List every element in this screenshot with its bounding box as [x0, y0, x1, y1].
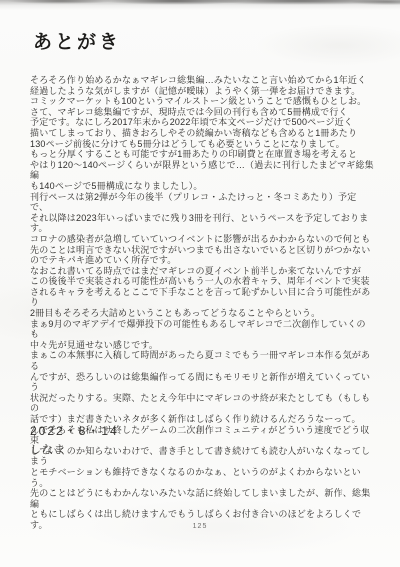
- afterword-body-text: そろそろ作り始めるかなぁマギレコ総集編…みたいなこと言い始めてから1年近く 経過…: [30, 75, 374, 531]
- colophon: 2022・8・14 しなま: [30, 422, 119, 457]
- page-title: あとがき: [33, 27, 121, 54]
- colophon-author-signature: しなま: [30, 441, 119, 457]
- scanned-afterword-page: あとがき そろそろ作り始めるかなぁマギレコ総集編…みたいなこと言い始めてから1年…: [0, 0, 400, 567]
- page-number: 125: [0, 523, 400, 530]
- scan-edge-smudge: [0, 0, 400, 10]
- colophon-date: 2022・8・14: [30, 422, 119, 439]
